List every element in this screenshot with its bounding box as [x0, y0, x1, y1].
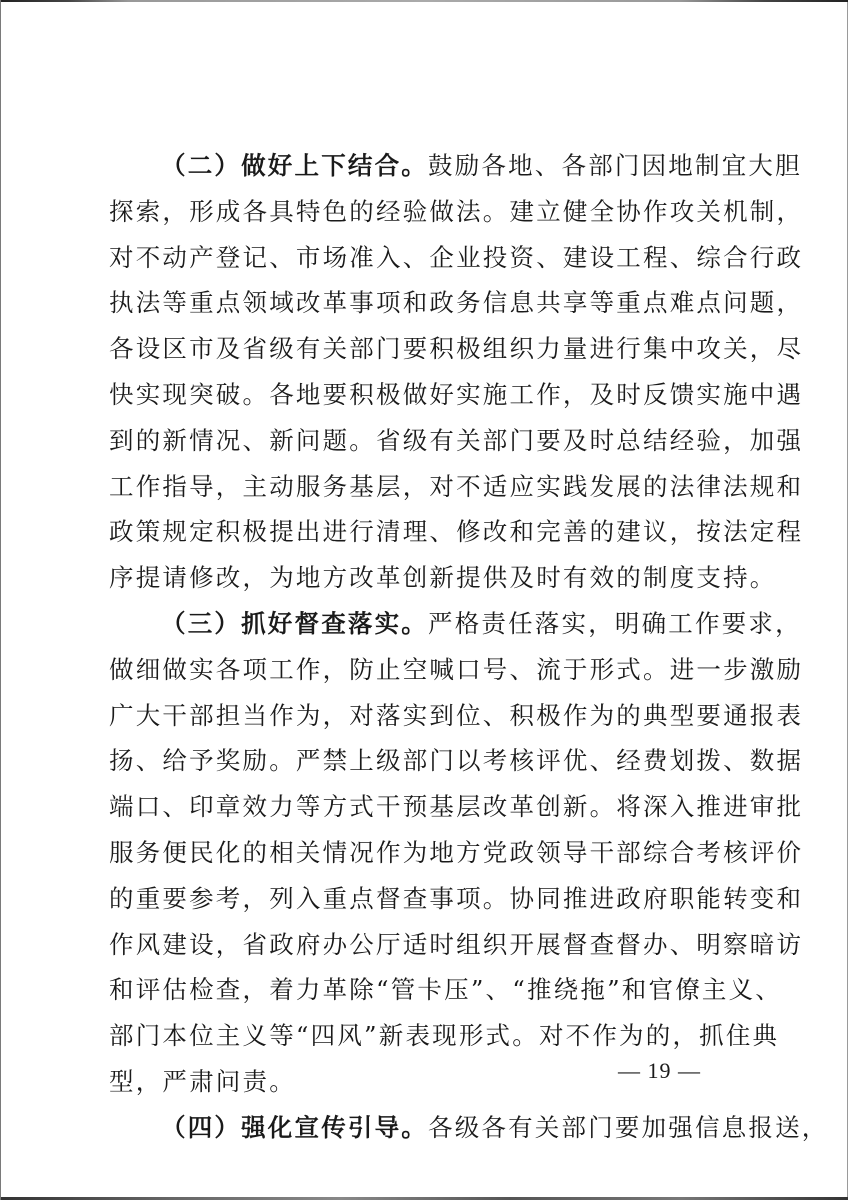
document-body: （二）做好上下结合。鼓励各地、各部门因地制宜大胆 探索，形成各具特色的经验做法。…: [109, 143, 769, 1151]
page-number: — 19 —: [618, 1058, 701, 1084]
text-line: 端口、印章效力等方式干预基层改革创新。将深入推进审批: [109, 784, 769, 830]
text-line: 的重要参考，列入重点督查事项。协同推进政府职能转变和: [109, 876, 769, 922]
section-heading-3: （三）抓好督查落实。: [161, 609, 428, 638]
text-line: 扬、给予奖励。严禁上级部门以考核评优、经费划拨、数据: [109, 738, 769, 784]
text-line: 快实现突破。各地要积极做好实施工作，及时反馈实施中遇: [109, 372, 769, 418]
text-line: 各设区市及省级有关部门要积极组织力量进行集中攻关，尽: [109, 326, 769, 372]
text-line: 执法等重点领域改革事项和政务信息共享等重点难点问题，: [109, 280, 769, 326]
text-line: 对不动产登记、市场准入、企业投资、建设工程、综合行政: [109, 235, 769, 281]
paragraph-2: （二）做好上下结合。鼓励各地、各部门因地制宜大胆 探索，形成各具特色的经验做法。…: [109, 143, 769, 601]
text-line: 探索，形成各具特色的经验做法。建立健全协作攻关机制，: [109, 189, 769, 235]
text-line: 序提请修改，为地方改革创新提供及时有效的制度支持。: [109, 555, 769, 601]
text-line: 工作指导，主动服务基层，对不适应实践发展的法律法规和: [109, 464, 769, 510]
text-line: （二）做好上下结合。鼓励各地、各部门因地制宜大胆: [109, 143, 769, 189]
section-heading-4: （四）强化宣传引导。: [161, 1113, 428, 1142]
text-line: （三）抓好督查落实。严格责任落实，明确工作要求，: [109, 601, 769, 647]
text-line: 和评估检查，着力革除“管卡压”、“推绕拖”和官僚主义、: [109, 967, 769, 1013]
scan-edge-top: [1, 0, 848, 2]
document-page: （二）做好上下结合。鼓励各地、各部门因地制宜大胆 探索，形成各具特色的经验做法。…: [0, 0, 848, 1200]
paragraph-3: （三）抓好督查落实。严格责任落实，明确工作要求， 做细做实各项工作，防止空喊口号…: [109, 601, 769, 1105]
paragraph-4: （四）强化宣传引导。各级各有关部门要加强信息报送，: [109, 1105, 769, 1151]
text-line: 服务便民化的相关情况作为地方党政领导干部综合考核评价: [109, 830, 769, 876]
text-line: 作风建设，省政府办公厅适时组织开展督查督办、明察暗访: [109, 922, 769, 968]
section-heading-2: （二）做好上下结合。: [161, 151, 428, 180]
text-line: 政策规定积极提出进行清理、修改和完善的建议，按法定程: [109, 509, 769, 555]
text-line: 到的新情况、新问题。省级有关部门要及时总结经验，加强: [109, 418, 769, 464]
text-line: 广大干部担当作为，对落实到位、积极作为的典型要通报表: [109, 693, 769, 739]
text-line: （四）强化宣传引导。各级各有关部门要加强信息报送，: [109, 1105, 769, 1151]
text-line: 做细做实各项工作，防止空喊口号、流于形式。进一步激励: [109, 647, 769, 693]
text-line: 部门本位主义等“四风”新表现形式。对不作为的，抓住典: [109, 1013, 769, 1059]
